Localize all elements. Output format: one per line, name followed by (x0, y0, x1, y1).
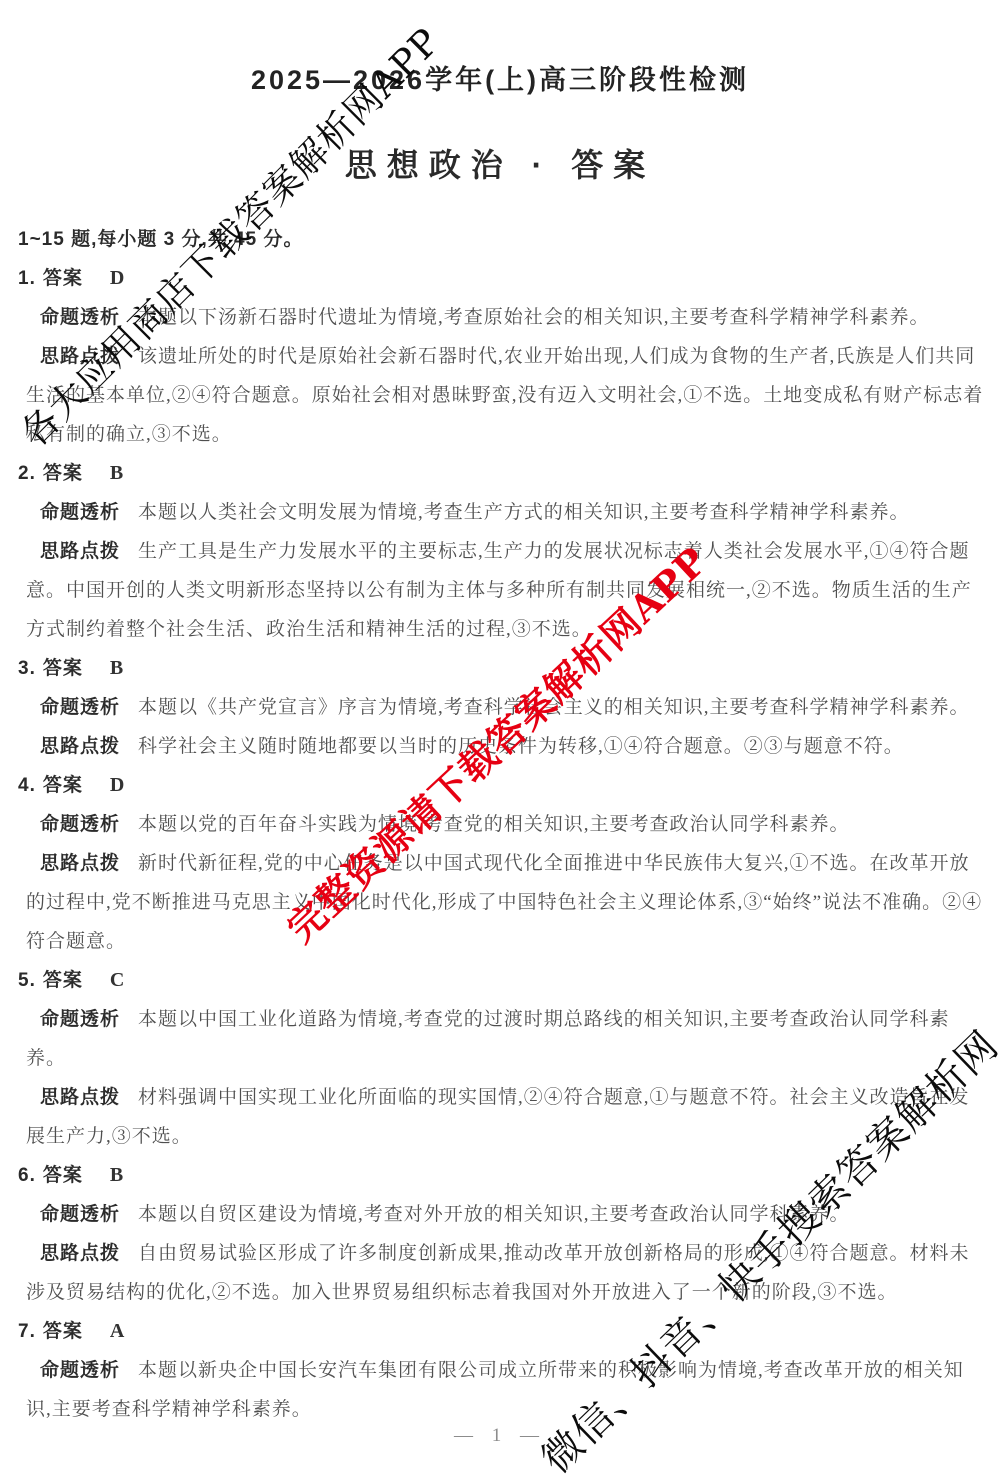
page-number: — 1 — (0, 1425, 1000, 1447)
guidance-label: 思路点拨 (40, 541, 120, 562)
guidance-label: 思路点拨 (40, 346, 120, 367)
question-number: 4. (18, 775, 36, 796)
answer-line: 5.答案C (18, 961, 986, 1000)
analysis-text: 本题以中国工业化道路为情境,考查党的过渡时期总路线的相关知识,主要考查政治认同学… (26, 1009, 950, 1069)
analysis-label: 命题透析 (40, 697, 120, 718)
answer-label: 答案 (43, 970, 83, 991)
analysis-label: 命题透析 (40, 307, 120, 328)
answer-line: 6.答案B (18, 1156, 986, 1195)
scoring-note: 1~15 题,每小题 3 分,共 45 分。 (18, 220, 986, 259)
analysis-paragraph: 命题透析本题以自贸区建设为情境,考查对外开放的相关知识,主要考查政治认同学科素养… (26, 1195, 986, 1234)
guidance-text: 科学社会主义随时随地都要以当时的历史条件为转移,①④符合题意。②③与题意不符。 (138, 736, 904, 757)
analysis-paragraph: 命题透析本题以下汤新石器时代遗址为情境,考查原始社会的相关知识,主要考查科学精神… (26, 298, 986, 337)
answer-line: 7.答案A (18, 1312, 986, 1351)
guidance-label: 思路点拨 (40, 736, 120, 757)
answer-label: 答案 (43, 463, 83, 484)
guidance-paragraph: 思路点拨自由贸易试验区形成了许多制度创新成果,推动改革开放创新格局的形成,①④符… (26, 1234, 986, 1312)
analysis-label: 命题透析 (40, 1360, 120, 1381)
question-block-5: 5.答案C 命题透析本题以中国工业化道路为情境,考查党的过渡时期总路线的相关知识… (18, 961, 986, 1156)
guidance-paragraph: 思路点拨材料强调中国实现工业化所面临的现实国情,②④符合题意,①与题意不符。社会… (26, 1078, 986, 1156)
analysis-label: 命题透析 (40, 1009, 120, 1030)
answer-letter: D (110, 267, 125, 289)
analysis-paragraph: 命题透析本题以党的百年奋斗实践为情境,考查党的相关知识,主要考查政治认同学科素养… (26, 805, 986, 844)
answer-line: 4.答案D (18, 766, 986, 805)
question-number: 5. (18, 970, 36, 991)
question-number: 6. (18, 1165, 36, 1186)
answer-letter: A (110, 1320, 125, 1342)
question-number: 2. (18, 463, 36, 484)
analysis-label: 命题透析 (40, 502, 120, 523)
analysis-text: 本题以自贸区建设为情境,考查对外开放的相关知识,主要考查政治认同学科素养。 (138, 1204, 850, 1225)
analysis-text: 本题以人类社会文明发展为情境,考查生产方式的相关知识,主要考查科学精神学科素养。 (138, 502, 910, 523)
answer-line: 3.答案B (18, 649, 986, 688)
guidance-paragraph: 思路点拨该遗址所处的时代是原始社会新石器时代,农业开始出现,人们成为食物的生产者… (26, 337, 986, 454)
analysis-label: 命题透析 (40, 814, 120, 835)
question-block-7: 7.答案A 命题透析本题以新央企中国长安汽车集团有限公司成立所带来的积极影响为情… (18, 1312, 986, 1429)
guidance-label: 思路点拨 (40, 1087, 120, 1108)
answer-label: 答案 (43, 268, 83, 289)
answer-letter: C (110, 969, 125, 991)
answer-label: 答案 (43, 658, 83, 679)
analysis-paragraph: 命题透析本题以中国工业化道路为情境,考查党的过渡时期总路线的相关知识,主要考查政… (26, 1000, 986, 1078)
question-block-2: 2.答案B 命题透析本题以人类社会文明发展为情境,考查生产方式的相关知识,主要考… (18, 454, 986, 649)
guidance-text: 该遗址所处的时代是原始社会新石器时代,农业开始出现,人们成为食物的生产者,氏族是… (26, 346, 983, 445)
question-block-4: 4.答案D 命题透析本题以党的百年奋斗实践为情境,考查党的相关知识,主要考查政治… (18, 766, 986, 961)
answer-label: 答案 (43, 1165, 83, 1186)
answer-letter: D (110, 774, 125, 796)
guidance-text: 材料强调中国实现工业化所面临的现实国情,②④符合题意,①与题意不符。社会主义改造… (26, 1087, 970, 1147)
answer-letter: B (110, 462, 124, 484)
analysis-text: 本题以党的百年奋斗实践为情境,考查党的相关知识,主要考查政治认同学科素养。 (138, 814, 850, 835)
guidance-paragraph: 思路点拨科学社会主义随时随地都要以当时的历史条件为转移,①④符合题意。②③与题意… (26, 727, 986, 766)
analysis-paragraph: 命题透析本题以人类社会文明发展为情境,考查生产方式的相关知识,主要考查科学精神学… (26, 493, 986, 532)
guidance-paragraph: 思路点拨生产工具是生产力发展水平的主要标志,生产力的发展状况标志着人类社会发展水… (26, 532, 986, 649)
guidance-label: 思路点拨 (40, 853, 120, 874)
guidance-paragraph: 思路点拨新时代新征程,党的中心任务是以中国式现代化全面推进中华民族伟大复兴,①不… (26, 844, 986, 961)
analysis-text: 本题以《共产党宣言》序言为情境,考查科学社会主义的相关知识,主要考查科学精神学科… (138, 697, 970, 718)
question-block-6: 6.答案B 命题透析本题以自贸区建设为情境,考查对外开放的相关知识,主要考查政治… (18, 1156, 986, 1312)
answer-label: 答案 (43, 1321, 83, 1342)
question-block-3: 3.答案B 命题透析本题以《共产党宣言》序言为情境,考查科学社会主义的相关知识,… (18, 649, 986, 766)
answer-line: 1.答案D (18, 259, 986, 298)
analysis-text: 本题以新央企中国长安汽车集团有限公司成立所带来的积极影响为情境,考查改革开放的相… (26, 1360, 964, 1420)
guidance-text: 自由贸易试验区形成了许多制度创新成果,推动改革开放创新格局的形成,①④符合题意。… (26, 1243, 970, 1303)
answer-line: 2.答案B (18, 454, 986, 493)
guidance-text: 生产工具是生产力发展水平的主要标志,生产力的发展状况标志着人类社会发展水平,①④… (26, 541, 972, 640)
analysis-text: 本题以下汤新石器时代遗址为情境,考查原始社会的相关知识,主要考查科学精神学科素养… (138, 307, 930, 328)
answers-content: 1~15 题,每小题 3 分,共 45 分。 1.答案D 命题透析本题以下汤新石… (18, 220, 986, 1429)
page-title: 2025—2026学年(上)高三阶段性检测 (0, 58, 1000, 97)
guidance-label: 思路点拨 (40, 1243, 120, 1264)
analysis-paragraph: 命题透析本题以新央企中国长安汽车集团有限公司成立所带来的积极影响为情境,考查改革… (26, 1351, 986, 1429)
page-subtitle: 思想政治 · 答案 (0, 140, 1000, 186)
answer-letter: B (110, 1164, 124, 1186)
analysis-paragraph: 命题透析本题以《共产党宣言》序言为情境,考查科学社会主义的相关知识,主要考查科学… (26, 688, 986, 727)
question-block-1: 1.答案D 命题透析本题以下汤新石器时代遗址为情境,考查原始社会的相关知识,主要… (18, 259, 986, 454)
answer-letter: B (110, 657, 124, 679)
exam-answer-page: 2025—2026学年(上)高三阶段性检测 思想政治 · 答案 1~15 题,每… (0, 0, 1000, 1480)
guidance-text: 新时代新征程,党的中心任务是以中国式现代化全面推进中华民族伟大复兴,①不选。在改… (26, 853, 982, 952)
analysis-label: 命题透析 (40, 1204, 120, 1225)
answer-label: 答案 (43, 775, 83, 796)
question-number: 1. (18, 268, 36, 289)
question-number: 3. (18, 658, 36, 679)
question-number: 7. (18, 1321, 36, 1342)
